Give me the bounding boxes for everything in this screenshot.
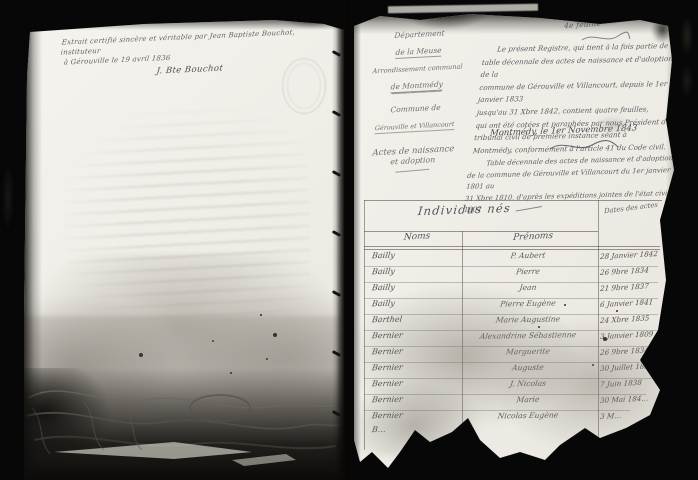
row-prenom: P. Aubert [459,250,597,261]
left-page: Extrait certifié sincère et véritable pa… [24,16,344,480]
table-row: Bailly P. Aubert 28 Janvier 1842 [364,250,666,266]
table-row: B… [364,424,666,440]
left-page-annotation: Extrait certifié sincère et véritable pa… [58,26,322,81]
margin-commune-name: Gérouville et Villancourt [375,120,455,134]
row-nom: Bernier [371,331,403,341]
row-prenom: Nicolas Eugène [459,410,597,421]
row-prenom: J. Nicolas [459,378,597,389]
row-prenom: Pierre Eugène [459,298,597,309]
embossed-stamp [282,58,326,114]
right-page: 4e feuille Département de la Meuse Arron… [352,8,682,480]
margin-dash [395,169,429,173]
row-nom: B… [371,425,386,434]
row-date: 30 Mai 184… [600,392,677,405]
row-nom: Bailly [371,283,395,292]
table-row: Bernier Marie 30 Mai 184… [364,394,666,410]
table-row: Bernier J. Nicolas 7 Juin 1838 [364,378,666,394]
row-nom: Bailly [371,299,395,308]
ink-specks [260,314,262,316]
row-date: 7 Juin 1838 [600,376,677,389]
row-nom: Barthel [371,315,402,325]
binding-line [346,0,348,480]
scan-edge-smudge [2,150,14,245]
table-row: Barthel Marie Augustine 24 Xbre 1835 [364,314,666,330]
margin-montmedy: de Montmédy [390,80,443,94]
table-row: Bernier Alexandrine Sébastienne 3 Janvie… [364,330,666,346]
table-row: Bailly Pierre 26 9bre 1834 [364,266,666,282]
row-nom: Bernier [371,395,403,405]
margin-notes: Département de la Meuse Arrondissement c… [352,27,479,175]
column-header-noms: Noms [380,230,455,244]
row-date: 26 9bre 1834 [600,264,677,277]
corner-blotch [646,16,674,50]
row-date: 21 9bre 1837 [600,280,677,293]
row-nom: Bailly [371,251,395,260]
row-date: 30 Juillet 1836 [600,360,677,373]
register-scan: Extrait certifié sincère et véritable pa… [0,0,698,480]
row-prenom: Marguerite [459,346,597,357]
row-date: 6 Janvier 1841 [600,296,677,309]
torn-corner-blotch [270,16,340,34]
row-prenom: Marie Augustine [459,314,597,325]
row-prenom: Marie [459,394,597,405]
row-nom: Bernier [371,379,403,389]
row-nom: Bernier [371,411,403,421]
table-row: Bailly Jean 21 9bre 1837 [364,282,666,298]
page-edge-shadow-left [24,16,42,480]
table-row: Bernier Marguerite 26 9bre 1834 [364,346,666,362]
torn-paper-fragments [680,18,694,108]
row-date: 24 Xbre 1835 [600,312,677,325]
row-date: 3 Janvier 1809 [600,328,677,341]
row-date: 28 Janvier 1842 [600,248,677,261]
row-prenom [460,424,596,426]
row-prenom: Jean [459,282,597,293]
row-nom: Bernier [371,363,403,373]
row-date: 3 M… [600,408,677,421]
row-prenom: Pierre [459,266,597,277]
margin-meuse: de la Meuse [395,46,442,59]
row-date: 26 9bre 1834 [600,344,677,357]
row-nom: Bailly [371,267,395,276]
row-prenom: Alexandrine Sébastienne [459,330,597,341]
ink-specks [564,304,566,306]
paper-creases [24,356,344,480]
torn-paper-sliver [388,4,538,14]
signature-flourish [548,138,620,154]
table-rule-header [364,246,660,247]
row-nom: Bernier [371,347,403,357]
table-row: Bailly Pierre Eugène 6 Janvier 1841 [364,298,666,314]
row-prenom: Auguste [459,362,597,373]
table-row: Bernier Auguste 30 Juillet 1836 [364,362,666,378]
